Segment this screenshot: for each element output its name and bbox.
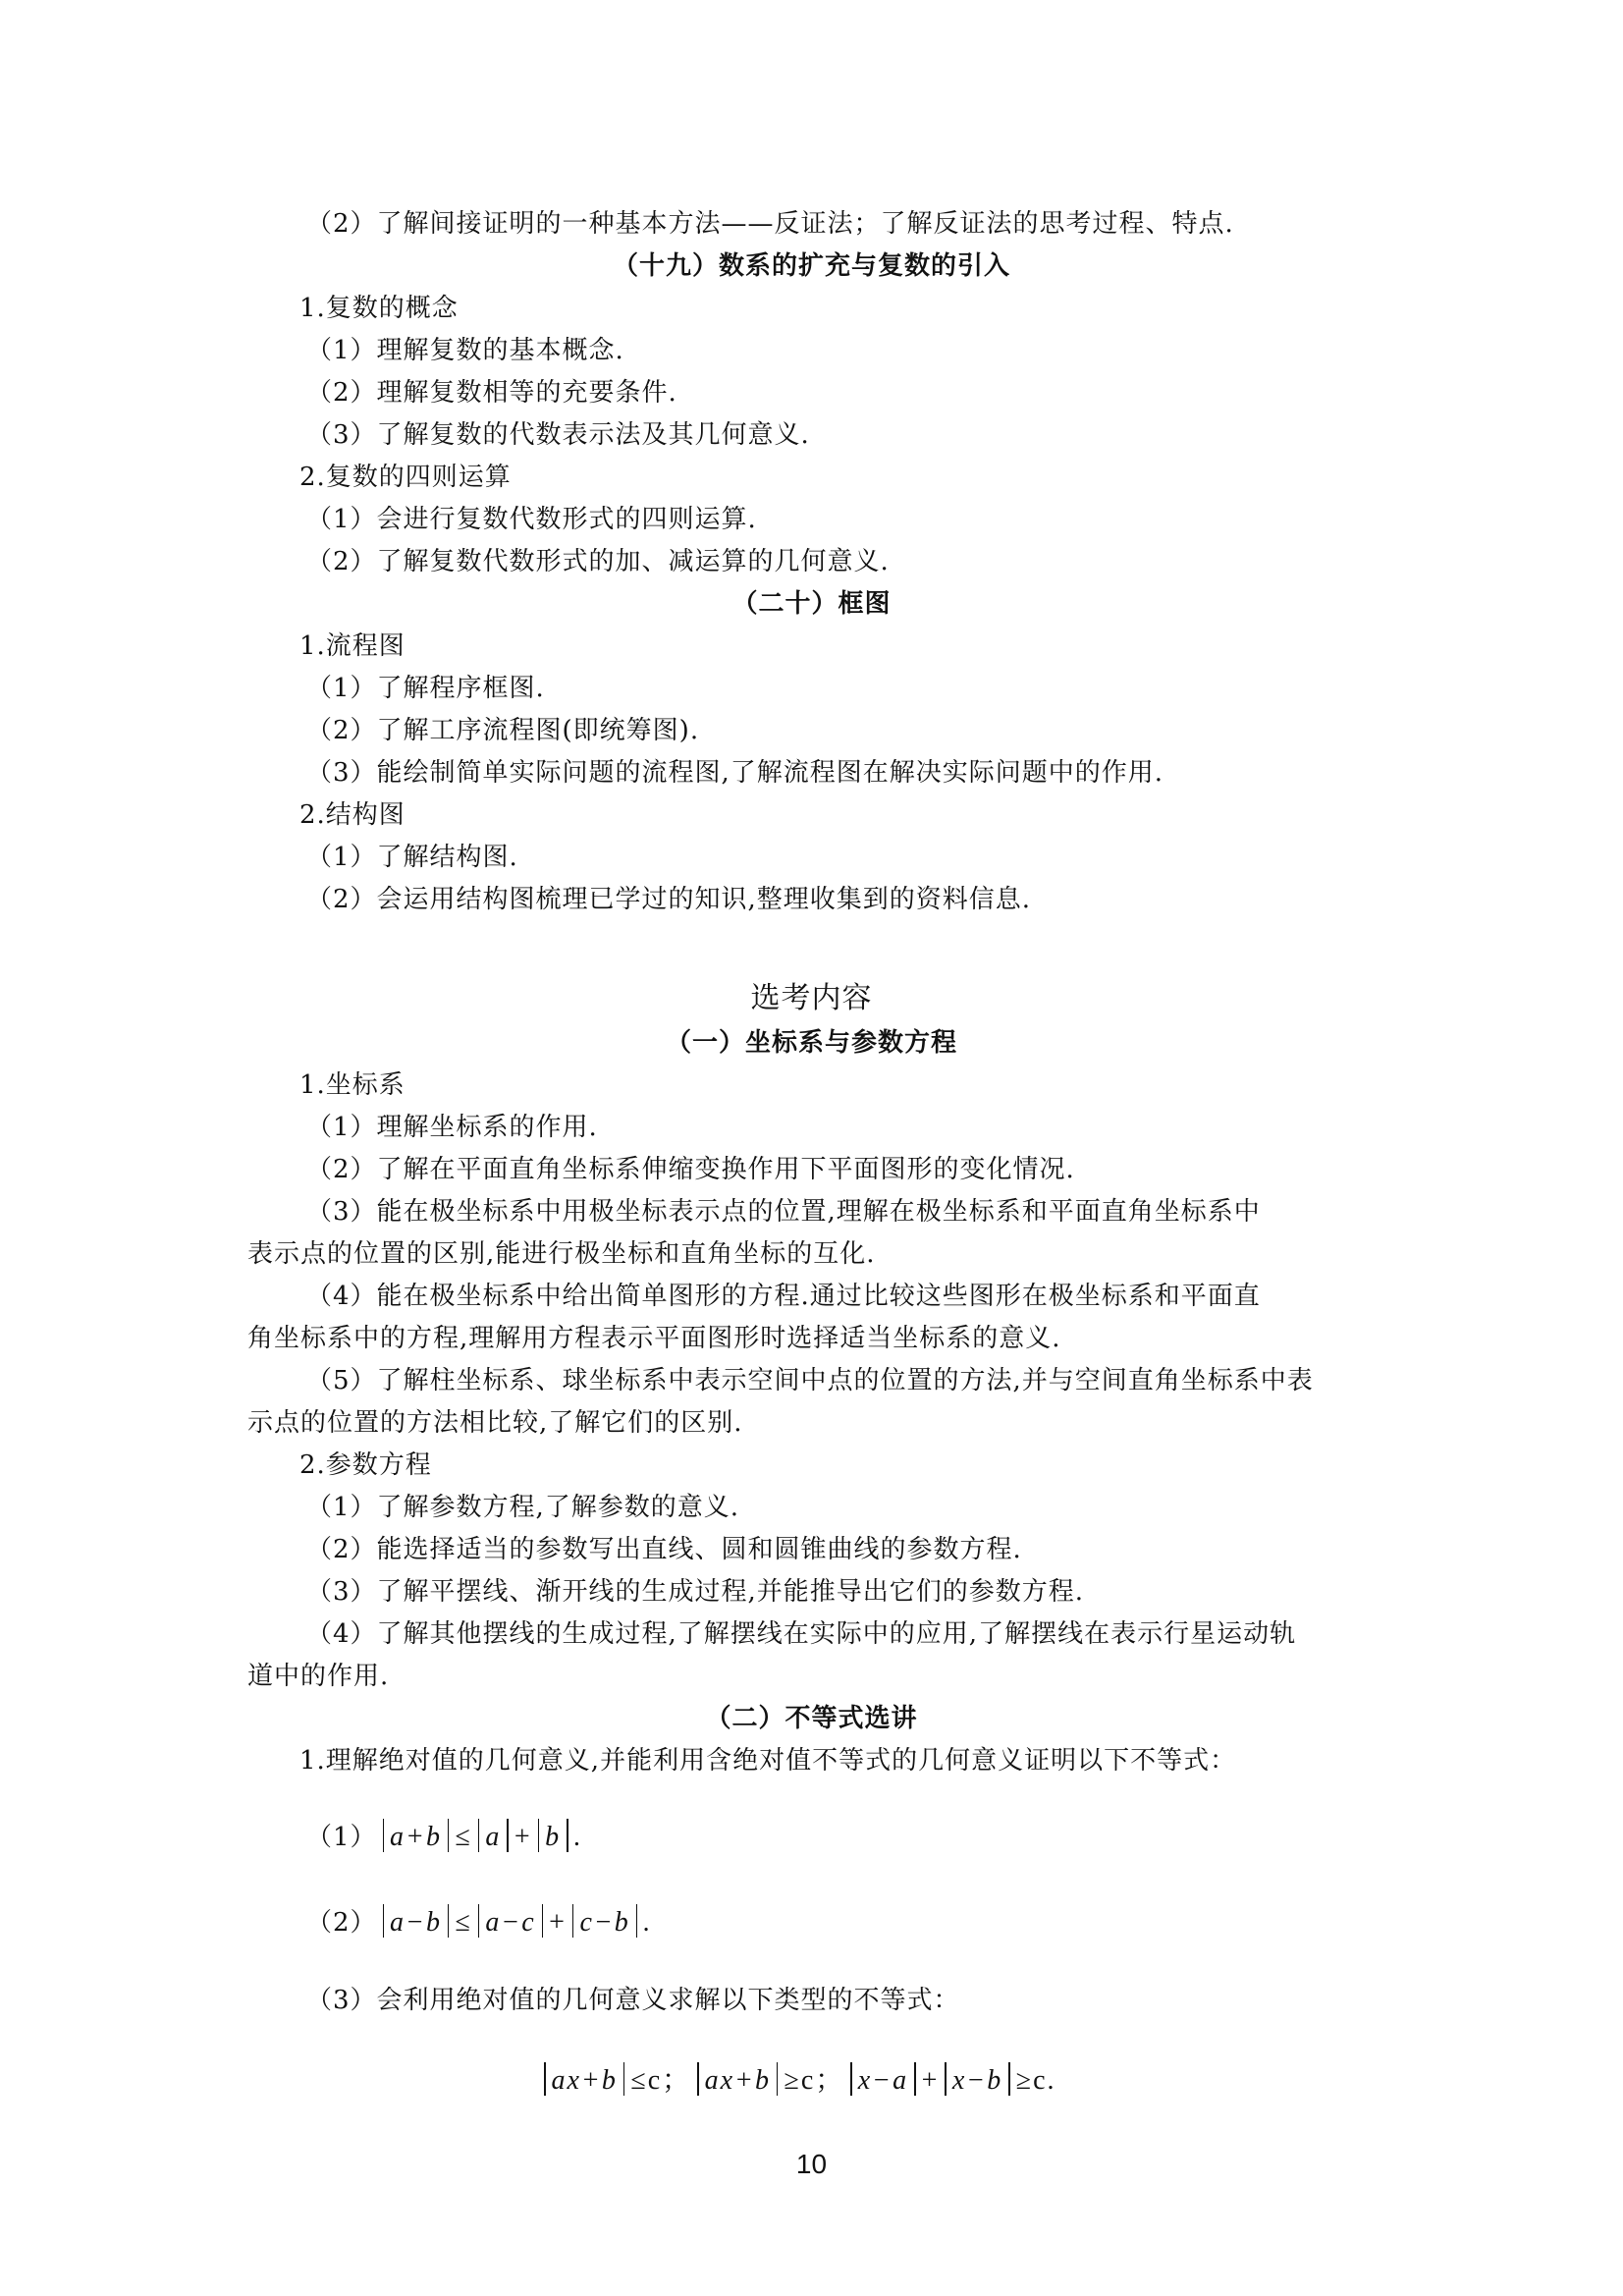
elective-heading-1: （一）坐标系与参数方程	[0, 1028, 1623, 1058]
list-item-continuation: 表示点的位置的区别,能进行极坐标和直角坐标的互化.	[247, 1239, 876, 1269]
list-item: （2）会运用结构图梳理已学过的知识,整理收集到的资料信息.	[306, 885, 1031, 914]
list-item: （1）会进行复数代数形式的四则运算.	[306, 505, 757, 534]
list-item: （5）了解柱坐标系、球坐标系中表示空间中点的位置的方法,并与空间直角坐标系中表	[306, 1366, 1314, 1395]
page-number: 10	[0, 2149, 1623, 2180]
paragraph-absolute-value: 1.理解绝对值的几何意义,并能利用含绝对值不等式的几何意义证明以下不等式：	[299, 1746, 1236, 1776]
formula-line-1: （1）a+b≤a+b.	[306, 1819, 583, 1852]
elective-heading-2: （二）不等式选讲	[0, 1704, 1623, 1733]
list-item: （4）能在极坐标系中给出简单图形的方程.通过比较这些图形在极坐标系和平面直	[306, 1282, 1261, 1311]
list-item: （1）了解参数方程,了解参数的意义.	[306, 1493, 739, 1522]
subsection-complex-concept: 1.复数的概念	[299, 294, 459, 323]
list-item: （2）了解在平面直角坐标系伸缩变换作用下平面图形的变化情况.	[306, 1155, 1075, 1184]
list-item: （1）理解坐标系的作用.	[306, 1113, 598, 1142]
list-item: （3）了解复数的代数表示法及其几何意义.	[306, 420, 810, 450]
document-page: （2）了解间接证明的一种基本方法——反证法；了解反证法的思考过程、特点. （十九…	[0, 0, 1623, 2296]
formula-triangle-inequality: a+b≤a+b.	[377, 1822, 583, 1852]
list-item: （2）理解复数相等的充要条件.	[306, 378, 677, 408]
elective-content-title: 选考内容	[0, 984, 1623, 1013]
list-item: （3）会利用绝对值的几何意义求解以下类型的不等式：	[306, 1986, 960, 2015]
list-item: （3）了解平摆线、渐开线的生成过程,并能推导出它们的参数方程.	[306, 1577, 1084, 1607]
formula-line-2: （2）a−b≤a−c+c−b.	[306, 1904, 652, 1938]
list-item: （2）了解工序流程图(即统筹图).	[306, 716, 699, 745]
paragraph-indirect-proof: （2）了解间接证明的一种基本方法——反证法；了解反证法的思考过程、特点.	[306, 209, 1234, 239]
list-item-continuation: 道中的作用.	[247, 1662, 389, 1691]
list-item: （3）能绘制简单实际问题的流程图,了解流程图在解决实际问题中的作用.	[306, 758, 1163, 788]
list-item: （3）能在极坐标系中用极坐标表示点的位置,理解在极坐标系和平面直角坐标系中	[306, 1197, 1261, 1227]
list-item: （1）了解结构图.	[306, 843, 518, 872]
list-item: （2）能选择适当的参数写出直线、圆和圆锥曲线的参数方程.	[306, 1535, 1022, 1564]
subsection-complex-operations: 2.复数的四则运算	[299, 463, 512, 492]
section-heading-20: （二十）框图	[0, 589, 1623, 619]
subsection-coordinate-system: 1.坐标系	[299, 1070, 406, 1100]
subsection-parametric-equations: 2.参数方程	[299, 1450, 432, 1480]
list-item: （2）了解复数代数形式的加、减运算的几何意义.	[306, 547, 890, 576]
list-item: （1）了解程序框图.	[306, 674, 545, 703]
list-item: （1）理解复数的基本概念.	[306, 336, 624, 365]
formula-inequality-types: ax+b≤c；ax+b≥c；x−a+x−b≥c.	[538, 2065, 1056, 2096]
list-item-continuation: 角坐标系中的方程,理解用方程表示平面图形时选择适当坐标系的意义.	[247, 1324, 1061, 1353]
formula-line-3: ax+b≤c；ax+b≥c；x−a+x−b≥c.	[538, 2062, 1056, 2096]
list-item-continuation: 示点的位置的方法相比较,了解它们的区别.	[247, 1408, 743, 1438]
subsection-flowchart: 1.流程图	[299, 631, 406, 661]
list-item: （4）了解其他摆线的生成过程,了解摆线在实际中的应用,了解摆线在表示行星运动轨	[306, 1619, 1296, 1649]
section-heading-19: （十九）数系的扩充与复数的引入	[0, 251, 1623, 281]
list-label: （2）	[306, 1908, 377, 1938]
list-label: （1）	[306, 1823, 377, 1852]
formula-three-point-inequality: a−b≤a−c+c−b.	[377, 1907, 653, 1938]
subsection-structure-chart: 2.结构图	[299, 800, 406, 830]
